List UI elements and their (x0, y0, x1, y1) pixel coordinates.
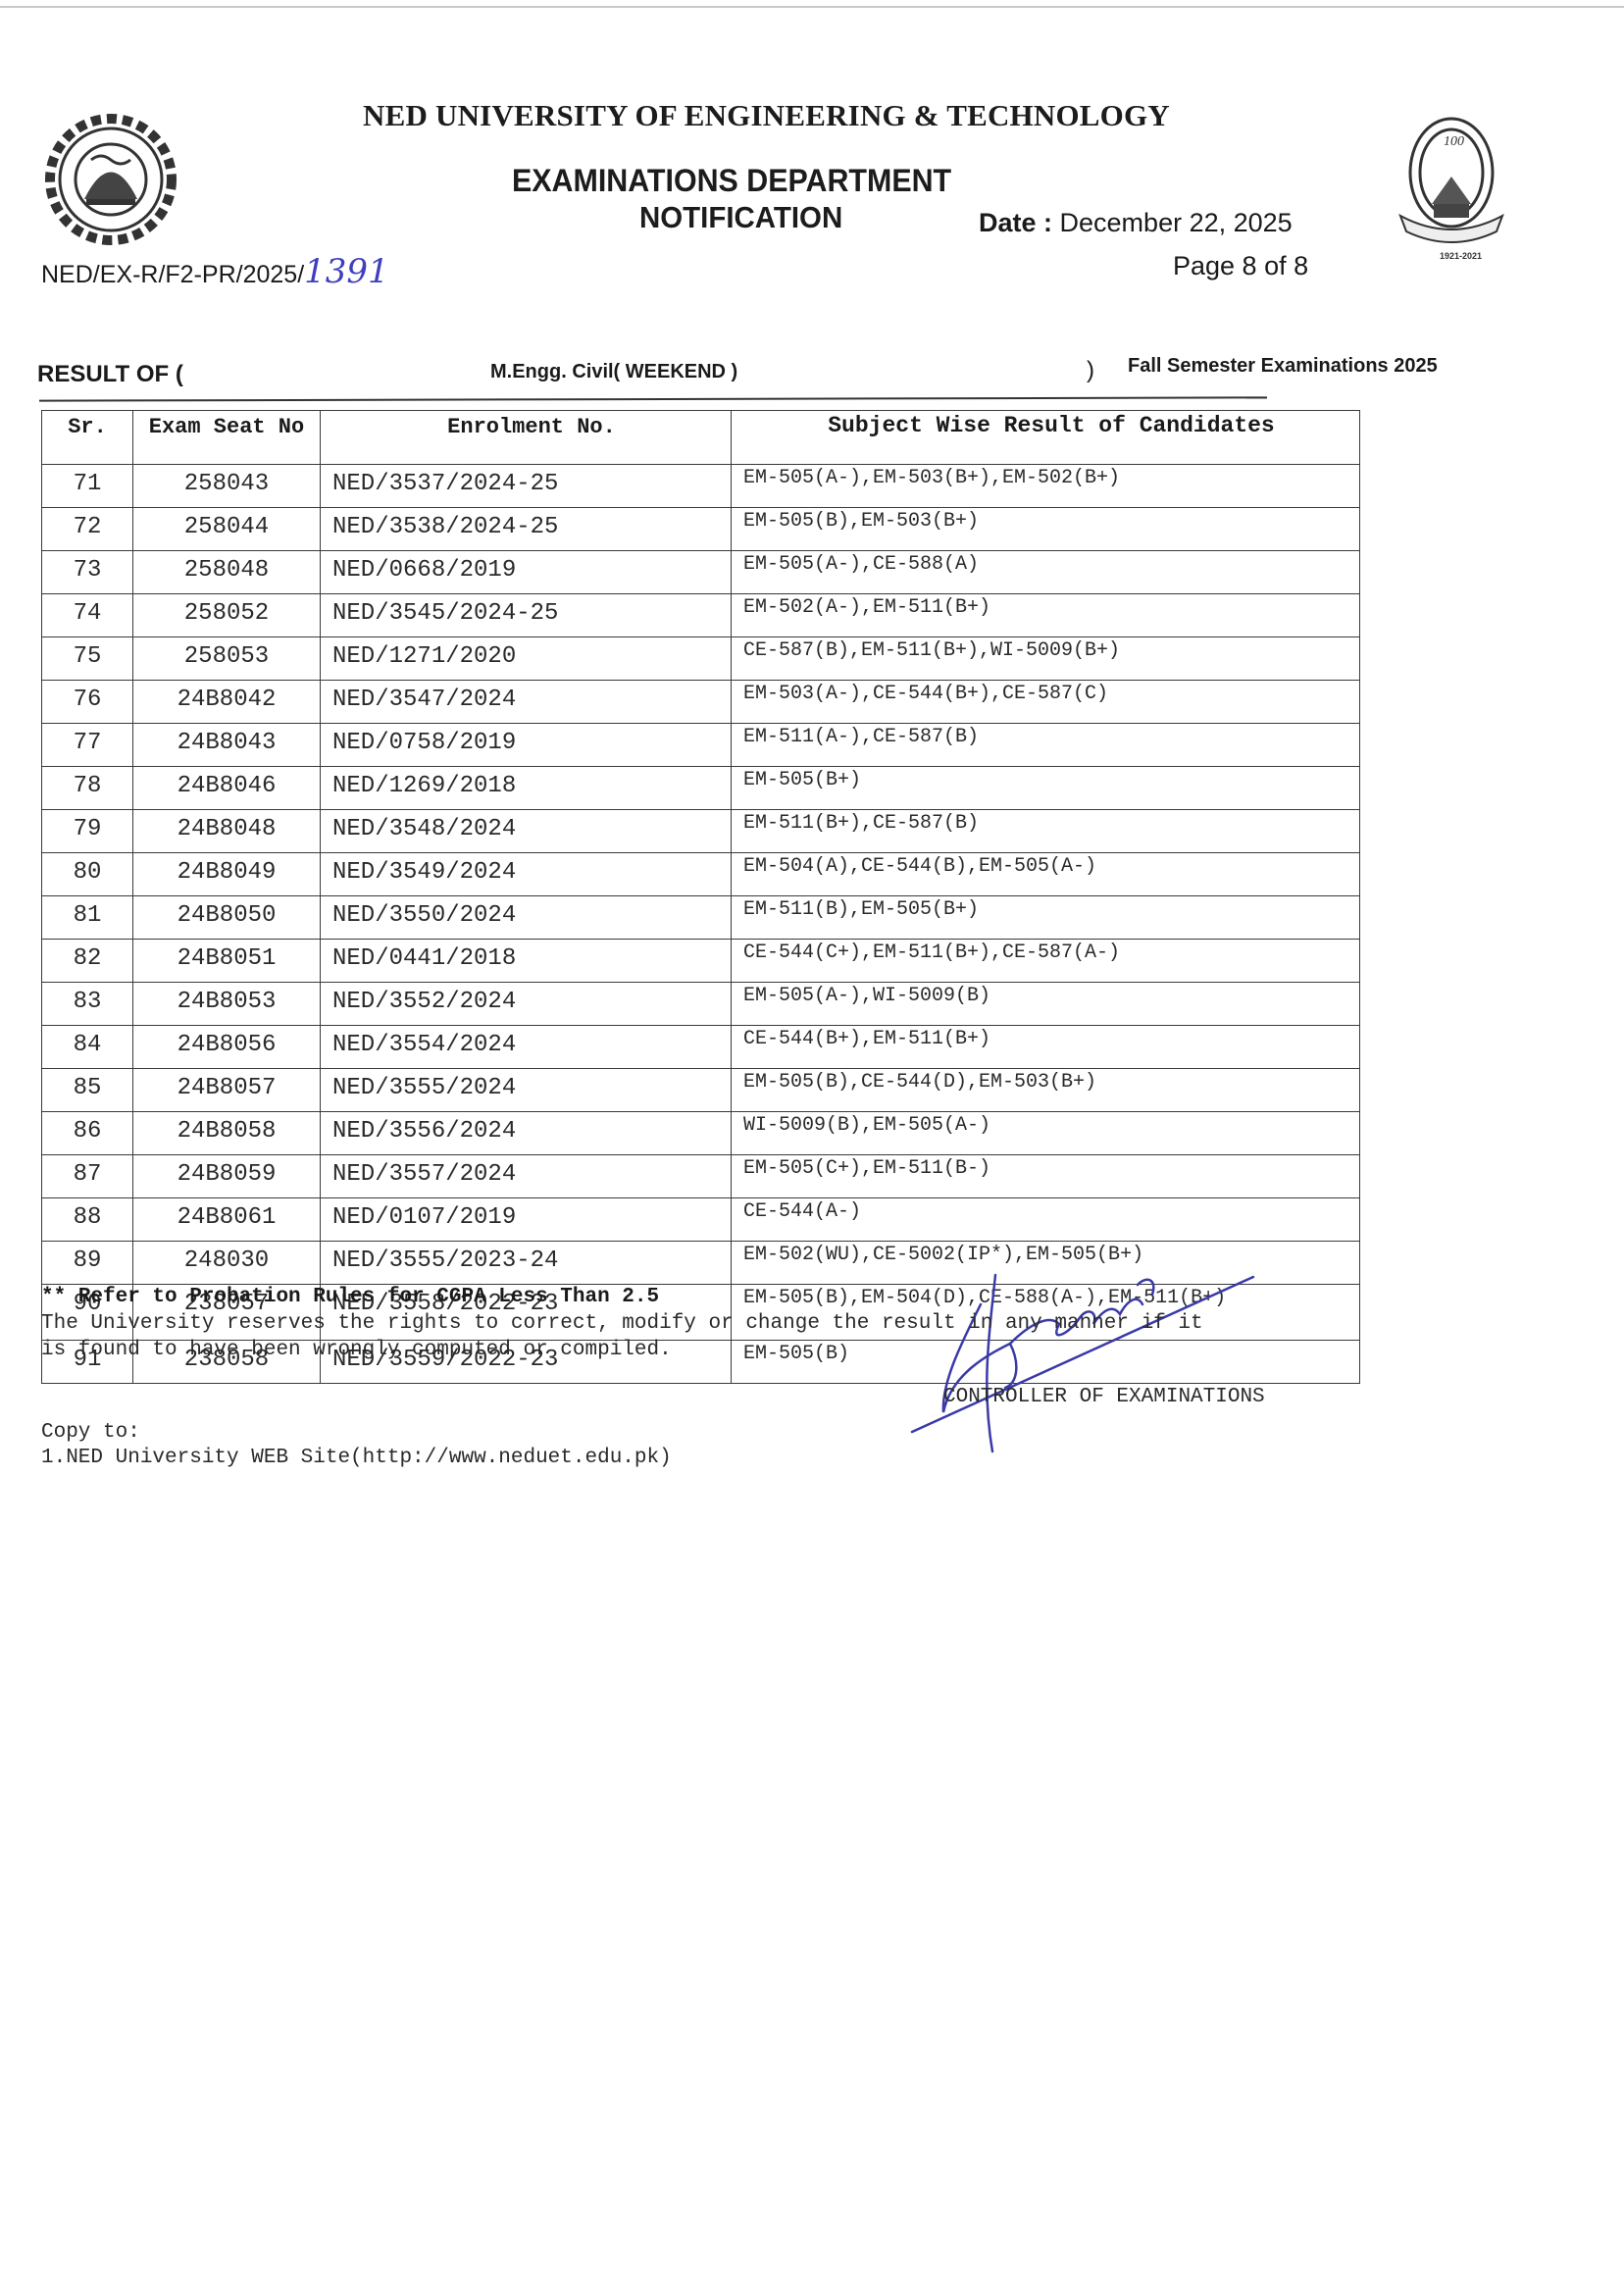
disclaimer-line-1: The University reserves the rights to co… (41, 1310, 1203, 1337)
sr-cell: 85 (42, 1069, 133, 1112)
reference-number: NED/EX-R/F2-PR/2025/1391 (41, 252, 389, 291)
sr-cell: 86 (42, 1112, 133, 1155)
reference-handwritten-number: 1391 (304, 252, 389, 291)
reference-prefix: NED/EX-R/F2-PR/2025/ (41, 261, 304, 288)
enrolment-number-cell: NED/3550/2024 (321, 896, 732, 940)
sr-cell: 87 (42, 1155, 133, 1198)
enrolment-number-cell: NED/0107/2019 (321, 1198, 732, 1242)
date-value: December 22, 2025 (1060, 208, 1293, 237)
probation-note: ** Refer to Probation Rules for CGPA Les… (41, 1284, 1203, 1310)
subject-result-cell: EM-505(C+),EM-511(B-) (732, 1155, 1360, 1198)
seat-number-cell: 24B8042 (133, 681, 321, 724)
column-header-sr: Sr. (42, 411, 133, 465)
page-indicator: Page 8 of 8 (1173, 251, 1308, 281)
svg-text:100: 100 (1444, 134, 1464, 149)
table-row: 74258052NED/3545/2024-25EM-502(A-),EM-51… (42, 594, 1360, 637)
results-table: Sr. Exam Seat No Enrolment No. Subject W… (41, 410, 1360, 1384)
subject-result-cell: CE-587(B),EM-511(B+),WI-5009(B+) (732, 637, 1360, 681)
seat-number-cell: 24B8058 (133, 1112, 321, 1155)
subject-result-cell: EM-504(A),CE-544(B),EM-505(A-) (732, 853, 1360, 896)
notification-title: NOTIFICATION (639, 200, 842, 235)
table-row: 8324B8053NED/3552/2024EM-505(A-),WI-5009… (42, 983, 1360, 1026)
scan-top-edge (0, 6, 1624, 8)
copy-to-item: 1.NED University WEB Site(http://www.ned… (41, 1446, 672, 1471)
enrolment-number-cell: NED/3555/2023-24 (321, 1242, 732, 1285)
column-header-enrolment: Enrolment No. (321, 411, 732, 465)
copy-to-label: Copy to: (41, 1420, 672, 1446)
table-row: 7724B8043NED/0758/2019EM-511(A-),CE-587(… (42, 724, 1360, 767)
signatory-title: CONTROLLER OF EXAMINATIONS (943, 1386, 1265, 1408)
subject-result-cell: CE-544(C+),EM-511(B+),CE-587(A-) (732, 940, 1360, 983)
seat-number-cell: 24B8057 (133, 1069, 321, 1112)
seat-number-cell: 24B8053 (133, 983, 321, 1026)
subject-result-cell: EM-505(A-),WI-5009(B) (732, 983, 1360, 1026)
subject-result-cell: EM-505(B),EM-503(B+) (732, 508, 1360, 551)
subject-result-cell: CE-544(A-) (732, 1198, 1360, 1242)
subject-result-cell: EM-511(B+),CE-587(B) (732, 810, 1360, 853)
table-row: 8624B8058NED/3556/2024WI-5009(B),EM-505(… (42, 1112, 1360, 1155)
table-row: 75258053NED/1271/2020CE-587(B),EM-511(B+… (42, 637, 1360, 681)
enrolment-number-cell: NED/3555/2024 (321, 1069, 732, 1112)
sr-cell: 72 (42, 508, 133, 551)
seat-number-cell: 258043 (133, 465, 321, 508)
disclaimer-line-2: is found to have been wrongly computed o… (41, 1337, 1203, 1363)
enrolment-number-cell: NED/1271/2020 (321, 637, 732, 681)
sr-cell: 74 (42, 594, 133, 637)
seat-number-cell: 258053 (133, 637, 321, 681)
sr-cell: 84 (42, 1026, 133, 1069)
table-row: 71258043NED/3537/2024-25EM-505(A-),EM-50… (42, 465, 1360, 508)
seat-number-cell: 24B8049 (133, 853, 321, 896)
subject-result-cell: CE-544(B+),EM-511(B+) (732, 1026, 1360, 1069)
svg-text:1921-2021: 1921-2021 (1440, 251, 1482, 261)
subject-result-cell: EM-503(A-),CE-544(B+),CE-587(C) (732, 681, 1360, 724)
seat-number-cell: 248030 (133, 1242, 321, 1285)
table-row: 73258048NED/0668/2019EM-505(A-),CE-588(A… (42, 551, 1360, 594)
subject-result-cell: EM-511(B),EM-505(B+) (732, 896, 1360, 940)
subject-result-cell: EM-511(A-),CE-587(B) (732, 724, 1360, 767)
notification-date: Date : December 22, 2025 (979, 208, 1293, 238)
sr-cell: 78 (42, 767, 133, 810)
table-row: 72258044NED/3538/2024-25EM-505(B),EM-503… (42, 508, 1360, 551)
footer-notes: ** Refer to Probation Rules for CGPA Les… (41, 1284, 1203, 1363)
seat-number-cell: 258048 (133, 551, 321, 594)
table-row: 8124B8050NED/3550/2024EM-511(B),EM-505(B… (42, 896, 1360, 940)
enrolment-number-cell: NED/3537/2024-25 (321, 465, 732, 508)
enrolment-number-cell: NED/3554/2024 (321, 1026, 732, 1069)
column-header-seat: Exam Seat No (133, 411, 321, 465)
sr-cell: 83 (42, 983, 133, 1026)
table-header-row: Sr. Exam Seat No Enrolment No. Subject W… (42, 411, 1360, 465)
table-row: 8524B8057NED/3555/2024EM-505(B),CE-544(D… (42, 1069, 1360, 1112)
university-name: NED UNIVERSITY OF ENGINEERING & TECHNOLO… (363, 98, 1170, 133)
seat-number-cell: 258044 (133, 508, 321, 551)
enrolment-number-cell: NED/3548/2024 (321, 810, 732, 853)
table-row: 7924B8048NED/3548/2024EM-511(B+),CE-587(… (42, 810, 1360, 853)
enrolment-number-cell: NED/3552/2024 (321, 983, 732, 1026)
enrolment-number-cell: NED/3557/2024 (321, 1155, 732, 1198)
subject-result-cell: EM-505(A-),CE-588(A) (732, 551, 1360, 594)
sr-cell: 82 (42, 940, 133, 983)
enrolment-number-cell: NED/0441/2018 (321, 940, 732, 983)
table-row: 7624B8042NED/3547/2024EM-503(A-),CE-544(… (42, 681, 1360, 724)
seat-number-cell: 24B8046 (133, 767, 321, 810)
seat-number-cell: 24B8051 (133, 940, 321, 983)
seat-number-cell: 24B8043 (133, 724, 321, 767)
sr-cell: 75 (42, 637, 133, 681)
table-row: 8824B8061NED/0107/2019CE-544(A-) (42, 1198, 1360, 1242)
enrolment-number-cell: NED/0758/2019 (321, 724, 732, 767)
enrolment-number-cell: NED/1269/2018 (321, 767, 732, 810)
enrolment-number-cell: NED/3547/2024 (321, 681, 732, 724)
enrolment-number-cell: NED/0668/2019 (321, 551, 732, 594)
ned-university-crest-icon (37, 106, 184, 253)
seat-number-cell: 24B8048 (133, 810, 321, 853)
header-divider (39, 396, 1267, 401)
result-of-close: ) (1087, 357, 1094, 384)
subject-result-cell: EM-502(A-),EM-511(B+) (732, 594, 1360, 637)
table-row: 8724B8059NED/3557/2024EM-505(C+),EM-511(… (42, 1155, 1360, 1198)
sr-cell: 76 (42, 681, 133, 724)
column-header-result: Subject Wise Result of Candidates (732, 411, 1360, 465)
enrolment-number-cell: NED/3556/2024 (321, 1112, 732, 1155)
sr-cell: 77 (42, 724, 133, 767)
sr-cell: 89 (42, 1242, 133, 1285)
seat-number-cell: 24B8056 (133, 1026, 321, 1069)
centenary-1921-2021-emblem-icon: 100 1921-2021 (1383, 106, 1530, 263)
subject-result-cell: EM-505(A-),EM-503(B+),EM-502(B+) (732, 465, 1360, 508)
table-row: 8024B8049NED/3549/2024EM-504(A),CE-544(B… (42, 853, 1360, 896)
sr-cell: 79 (42, 810, 133, 853)
program-name: M.Engg. Civil( WEEKEND ) (490, 361, 737, 383)
table-row: 8424B8056NED/3554/2024CE-544(B+),EM-511(… (42, 1026, 1360, 1069)
date-label: Date : (979, 208, 1052, 237)
subject-result-cell: WI-5009(B),EM-505(A-) (732, 1112, 1360, 1155)
seat-number-cell: 24B8050 (133, 896, 321, 940)
enrolment-number-cell: NED/3538/2024-25 (321, 508, 732, 551)
table-row: 7824B8046NED/1269/2018EM-505(B+) (42, 767, 1360, 810)
table-row: 8224B8051NED/0441/2018CE-544(C+),EM-511(… (42, 940, 1360, 983)
sr-cell: 80 (42, 853, 133, 896)
subject-result-cell: EM-505(B+) (732, 767, 1360, 810)
sr-cell: 88 (42, 1198, 133, 1242)
department-title: EXAMINATIONS DEPARTMENT (512, 163, 951, 199)
sr-cell: 81 (42, 896, 133, 940)
enrolment-number-cell: NED/3549/2024 (321, 853, 732, 896)
seat-number-cell: 258052 (133, 594, 321, 637)
result-of-label: RESULT OF ( (37, 361, 183, 388)
seat-number-cell: 24B8061 (133, 1198, 321, 1242)
seat-number-cell: 24B8059 (133, 1155, 321, 1198)
sr-cell: 73 (42, 551, 133, 594)
table-body: 71258043NED/3537/2024-25EM-505(A-),EM-50… (42, 465, 1360, 1384)
subject-result-cell: EM-505(B),CE-544(D),EM-503(B+) (732, 1069, 1360, 1112)
copy-to-section: Copy to: 1.NED University WEB Site(http:… (41, 1420, 672, 1471)
semester-title: Fall Semester Examinations 2025 (1128, 355, 1438, 378)
enrolment-number-cell: NED/3545/2024-25 (321, 594, 732, 637)
sr-cell: 71 (42, 465, 133, 508)
